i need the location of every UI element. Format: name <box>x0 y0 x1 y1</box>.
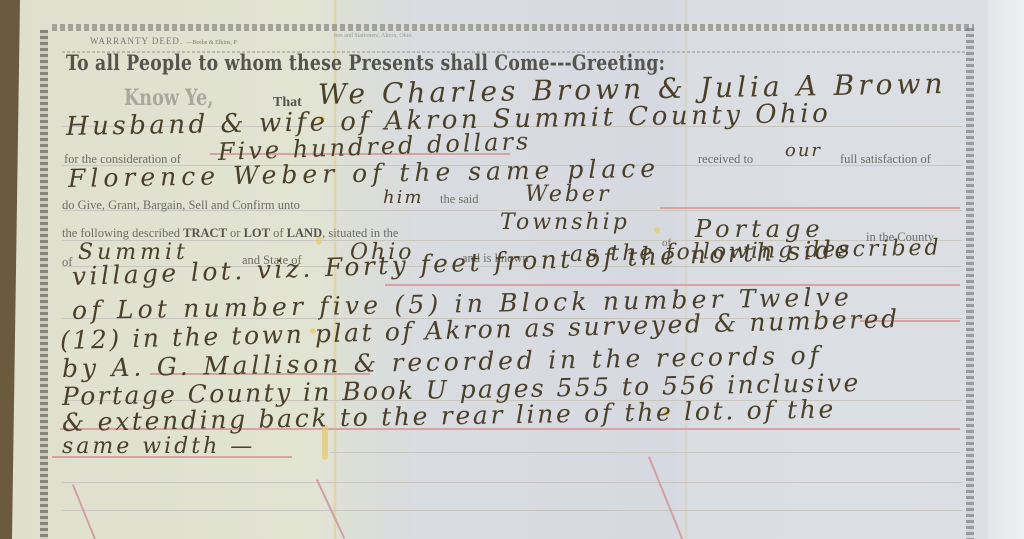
handwritten-our: our <box>785 140 822 161</box>
paper-edge <box>988 0 1024 539</box>
handwritten-him: him <box>383 187 423 208</box>
situated-word: , situated in the <box>322 226 398 240</box>
ruled-line <box>62 510 962 511</box>
ruled-line <box>330 452 960 453</box>
handwritten-description-line: same width — <box>62 434 255 459</box>
ornamental-border-left <box>40 30 48 539</box>
full-satisfaction-label: full satisfaction of <box>840 152 931 167</box>
tract-prefix: the following described <box>62 226 183 240</box>
form-title-text: WARRANTY DEED. <box>90 36 183 46</box>
know-ye-heading: Know Ye, <box>124 85 213 111</box>
form-title: WARRANTY DEED. —Beebe & Elkins, P <box>90 36 237 46</box>
lot-word: LOT <box>244 226 270 240</box>
handwritten-township: Township <box>500 210 630 235</box>
stain <box>654 227 660 233</box>
red-underline <box>660 207 960 209</box>
ornamental-border-top <box>52 24 974 31</box>
ruled-line <box>62 482 962 483</box>
publisher-text: —Beebe & Elkins, P <box>186 40 236 46</box>
handwritten-grantee-short: Weber <box>525 182 611 207</box>
ornamental-border-right <box>966 28 974 539</box>
received-to-label: received to <box>698 152 753 167</box>
give-grant-label: do Give, Grant, Bargain, Sell and Confir… <box>62 198 300 213</box>
of-word: of <box>270 226 287 240</box>
greeting-heading: To all People to whom these Presents sha… <box>66 50 665 75</box>
or-word: or <box>227 226 244 240</box>
tract-label: the following described TRACT or LOT of … <box>62 226 398 241</box>
publisher-text-right: ters and Stationers, Akron, Ohio. <box>334 33 413 39</box>
the-said-label: the said <box>440 192 479 207</box>
tract-word: TRACT <box>183 226 227 240</box>
land-word: LAND <box>287 226 322 240</box>
